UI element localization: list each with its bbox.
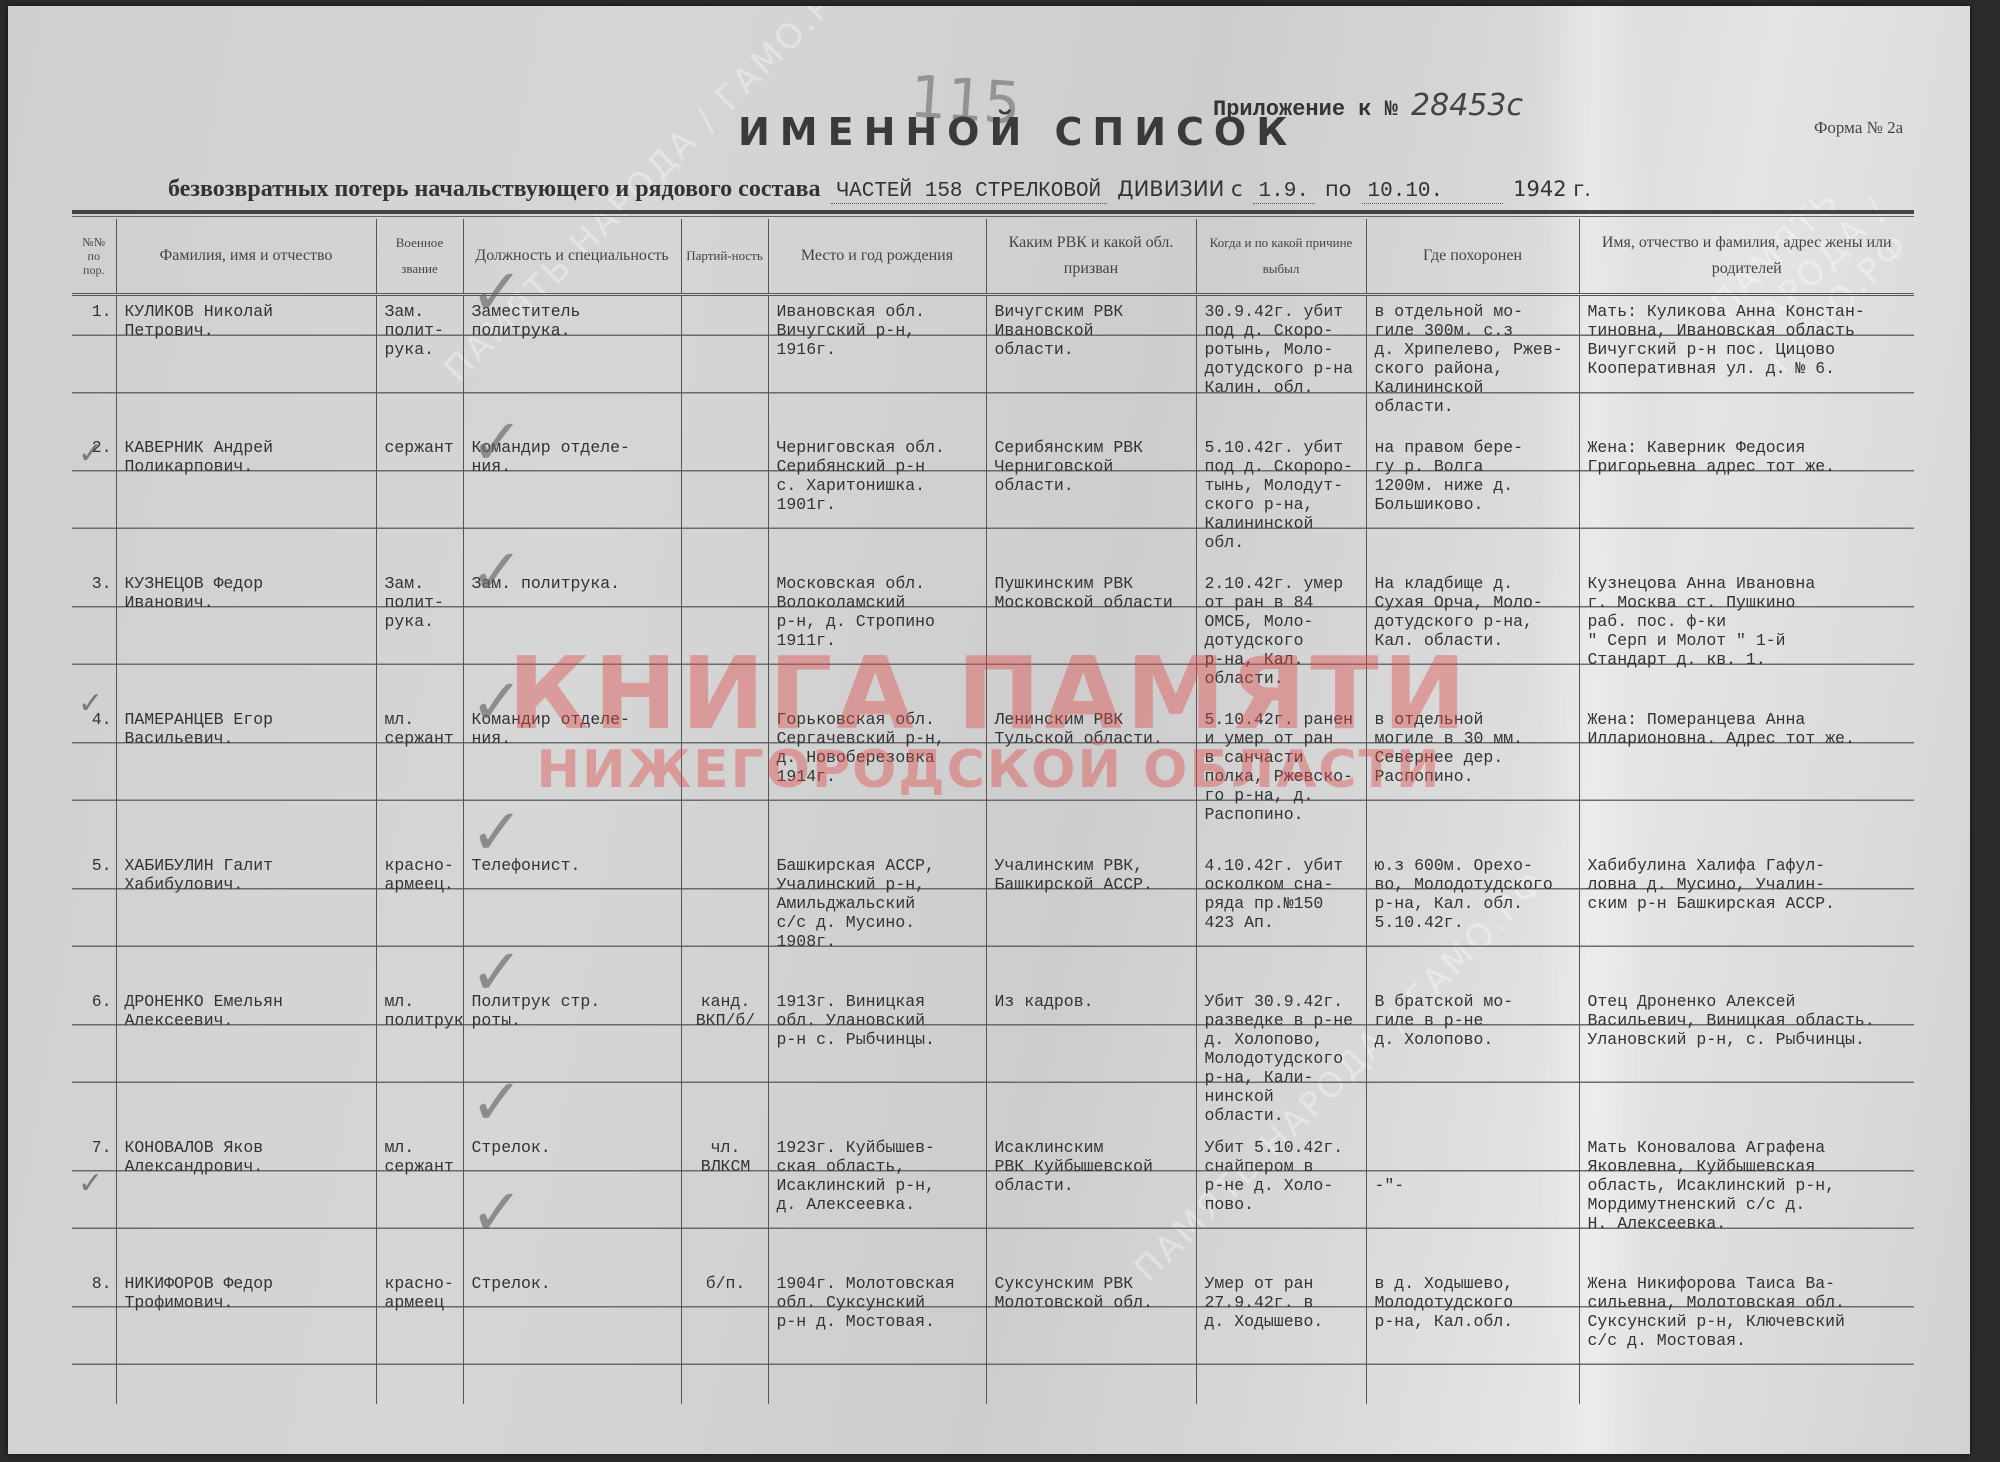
row-number: 1. xyxy=(72,295,116,433)
soldier-party: чл. ВЛКСМ xyxy=(681,1132,768,1268)
relatives-address: Жена Никифорова Таиса Ва- сильевна, Моло… xyxy=(1579,1268,1914,1404)
margin-tick-icon: ✓ xyxy=(78,1166,103,1201)
row-number: 3. xyxy=(72,568,116,704)
date-cause: 5.10.42г. убит под д. Скороро- тынь, Мол… xyxy=(1196,432,1366,568)
header-relatives: Имя, отчество и фамилия, адрес жены или … xyxy=(1579,219,1914,295)
table-row: 3. КУЗНЕЦОВ Федор Иванович. Зам. полит- … xyxy=(72,568,1914,704)
header-rvk: Каким РВК и какой обл. призван xyxy=(986,219,1196,295)
table-row: 7. КОНОВАЛОВ Яков Александрович. мл. сер… xyxy=(72,1132,1914,1268)
draft-office: Учалинским РВК, Башкирской АССР. xyxy=(986,850,1196,986)
header-position: Должность и специальность xyxy=(463,219,681,295)
table-row: 6. ДРОНЕНКО Емельян Алексеевич. мл. поли… xyxy=(72,986,1914,1132)
relatives-address: Хабибулина Халифа Гафул- ловна д. Мусино… xyxy=(1579,850,1914,986)
soldier-rank: мл. сержант xyxy=(376,1132,463,1268)
soldier-position: Командир отделе- ния. xyxy=(463,432,681,568)
date-from: 1.9. xyxy=(1253,180,1315,204)
relatives-address: Кузнецова Анна Ивановна г. Москва ст. Пу… xyxy=(1579,568,1914,704)
soldier-position: Стрелок. xyxy=(463,1132,681,1268)
table-row: 4. ПАМЕРАНЦЕВ Егор Васильевич. мл. сержа… xyxy=(72,704,1914,850)
soldier-party xyxy=(681,704,768,850)
soldier-party xyxy=(681,432,768,568)
soldier-name: ДРОНЕНКО Емельян Алексеевич. xyxy=(116,986,376,1132)
burial-place: На кладбище д. Сухая Орча, Моло- дотудск… xyxy=(1366,568,1579,704)
relatives-address: Мать: Куликова Анна Констан- тиновна, Ив… xyxy=(1579,295,1914,433)
relatives-address: Жена: Каверник Федосия Григорьевна адрес… xyxy=(1579,432,1914,568)
soldier-position: Телефонист. xyxy=(463,850,681,986)
soldier-rank: мл. сержант xyxy=(376,704,463,850)
soldier-name: КУЛИКОВ Николай Петрович. xyxy=(116,295,376,433)
date-cause: 5.10.42г. ранен и умер от ран в санчасти… xyxy=(1196,704,1366,850)
soldier-position: Командир отделе- ния. xyxy=(463,704,681,850)
draft-office: Серибянским РВК Черниговской области. xyxy=(986,432,1196,568)
soldier-name: ПАМЕРАНЦЕВ Егор Васильевич. xyxy=(116,704,376,850)
row-number: 6. xyxy=(72,986,116,1132)
birth-place-year: 1913г. Виницкая обл. Улановский р-н с. Р… xyxy=(768,986,986,1132)
table-row: 2. КАВЕРНИК Андрей Поликарпович. сержант… xyxy=(72,432,1914,568)
date-cause: 4.10.42г. убит осколком сна- ряда пр.№15… xyxy=(1196,850,1366,986)
birth-place-year: 1904г. Молотовская обл. Суксунский р-н д… xyxy=(768,1268,986,1404)
header-birth: Место и год рождения xyxy=(768,219,986,295)
soldier-position: Заместитель политрука. xyxy=(463,295,681,433)
soldier-party xyxy=(681,850,768,986)
subtitle-prefix: безвозвратных потерь начальствующего и р… xyxy=(168,176,821,203)
header-party: Партий-ность xyxy=(681,219,768,295)
draft-office: Ленинским РВК Тульской области. xyxy=(986,704,1196,850)
date-cause: Убит 5.10.42г. снайпером в р-не д. Холо-… xyxy=(1196,1132,1366,1268)
soldier-position: Зам. политрука. xyxy=(463,568,681,704)
birth-place-year: Башкирская АССР, Учалинский р-н, Амильдж… xyxy=(768,850,986,986)
soldier-rank: мл. политрук xyxy=(376,986,463,1132)
draft-office: Пушкинским РВК Московской области xyxy=(986,568,1196,704)
soldier-name: ХАБИБУЛИН Галит Хабибулович. xyxy=(116,850,376,986)
burial-place: ю.з 600м. Орехо- во, Молодотудского р-на… xyxy=(1366,850,1579,986)
soldier-party: б/п. xyxy=(681,1268,768,1404)
header-when-why: Когда и по какой причине выбыл xyxy=(1196,219,1366,295)
relatives-address: Мать Коновалова Аграфена Яковлевна, Куйб… xyxy=(1579,1132,1914,1268)
table-row: 5. ХАБИБУЛИН Галит Хабибулович. красно- … xyxy=(72,850,1914,986)
appendix-label: Приложение к № xyxy=(1213,97,1398,122)
birth-place-year: Горьковская обл. Сергачевский р-н, д. Но… xyxy=(768,704,986,850)
row-number: 4. xyxy=(72,704,116,850)
header-rule xyxy=(72,210,1914,214)
birth-place-year: Черниговская обл. Серибянский р-н с. Хар… xyxy=(768,432,986,568)
birth-place-year: Ивановская обл. Вичугский р-н, 1916г. xyxy=(768,295,986,433)
header-rank: Военное звание xyxy=(376,219,463,295)
appendix-stamp: Приложение к № 28453с xyxy=(1213,88,1523,123)
header-rule-thin xyxy=(72,216,1914,217)
row-number: 8. xyxy=(72,1268,116,1404)
table-row: 8. НИКИФОРОВ Федор Трофимович. красно- а… xyxy=(72,1268,1914,1404)
soldier-name: КОНОВАЛОВ Яков Александрович. xyxy=(116,1132,376,1268)
soldier-rank: Зам. полит- рука. xyxy=(376,295,463,433)
soldier-party: канд. ВКП/б/ xyxy=(681,986,768,1132)
soldier-rank: красно- армеец xyxy=(376,1268,463,1404)
soldier-name: НИКИФОРОВ Федор Трофимович. xyxy=(116,1268,376,1404)
relatives-address: Отец Дроненко Алексей Васильевич, Виницк… xyxy=(1579,986,1914,1132)
burial-place: в отдельной могиле в 30 мм. Севернее дер… xyxy=(1366,704,1579,850)
soldier-position: Стрелок. xyxy=(463,1268,681,1404)
soldier-rank: сержант xyxy=(376,432,463,568)
margin-tick-icon: ✓ xyxy=(78,436,103,471)
soldier-name: КУЗНЕЦОВ Федор Иванович. xyxy=(116,568,376,704)
soldier-rank: Зам. полит- рука. xyxy=(376,568,463,704)
burial-place: в д. Ходышево, Молодотудского р-на, Кал.… xyxy=(1366,1268,1579,1404)
burial-place: В братской мо- гиле в р-не д. Холопово. xyxy=(1366,986,1579,1132)
date-cause: Убит 30.9.42г. разведке в р-не д. Холопо… xyxy=(1196,986,1366,1132)
burial-place: в отдельной мо- гиле 300м. с.з д. Хрипел… xyxy=(1366,295,1579,433)
soldier-rank: красно- армеец. xyxy=(376,850,463,986)
header-burial: Где похоронен xyxy=(1366,219,1579,295)
archival-document-page: ПАМЯТЬ НАРОДА / ГАМО.РФ ПАМЯТЬ НАРОДА / … xyxy=(8,6,1970,1454)
row-number: 5. xyxy=(72,850,116,986)
draft-office: Суксунским РВК Молотовской обл. xyxy=(986,1268,1196,1404)
date-to: 10.10. xyxy=(1362,180,1504,204)
losses-roster-table: №№ по пор. Фамилия, имя и отчество Военн… xyxy=(72,219,1914,1404)
table-row: 1. КУЛИКОВ Николай Петрович. Зам. полит-… xyxy=(72,295,1914,433)
table-header-row: №№ по пор. Фамилия, имя и отчество Военн… xyxy=(72,219,1914,295)
form-number: Форма № 2а xyxy=(1814,118,1903,138)
relatives-address: Жена: Померанцева Анна Илларионовна. Адр… xyxy=(1579,704,1914,850)
date-cause: Умер от ран 27.9.42г. в д. Ходышево. xyxy=(1196,1268,1366,1404)
draft-office: Вичугским РВК Ивановской области. xyxy=(986,295,1196,433)
date-cause: 2.10.42г. умер от ран в 84 ОМСБ, Моло- д… xyxy=(1196,568,1366,704)
draft-office: Исаклинским РВК Куйбышевской области. xyxy=(986,1132,1196,1268)
soldier-position: Политрук стр. роты. xyxy=(463,986,681,1132)
document-subtitle: безвозвратных потерь начальствующего и р… xyxy=(168,176,1591,204)
year: 1942 г. xyxy=(1513,177,1591,201)
margin-tick-icon: ✓ xyxy=(78,686,103,721)
appendix-number: 28453с xyxy=(1411,88,1523,123)
draft-office: Из кадров. xyxy=(986,986,1196,1132)
to-label: по xyxy=(1325,177,1352,201)
soldier-name: КАВЕРНИК Андрей Поликарпович. xyxy=(116,432,376,568)
birth-place-year: 1923г. Куйбышев- ская область, Исаклинск… xyxy=(768,1132,986,1268)
division-label: ДИВИЗИИ с xyxy=(1117,177,1242,201)
date-cause: 30.9.42г. убит под д. Скоро- ротынь, Мол… xyxy=(1196,295,1366,433)
burial-place: -"- xyxy=(1366,1132,1579,1268)
header-full-name: Фамилия, имя и отчество xyxy=(116,219,376,295)
soldier-party xyxy=(681,295,768,433)
header-number: №№ по пор. xyxy=(72,219,116,295)
soldier-party xyxy=(681,568,768,704)
burial-place: на правом бере- гу р. Волга 1200м. ниже … xyxy=(1366,432,1579,568)
unit-name: ЧАСТЕЙ 158 СТРЕЛКОВОЙ xyxy=(831,180,1108,204)
birth-place-year: Московская обл. Волоколамский р-н, д. Ст… xyxy=(768,568,986,704)
